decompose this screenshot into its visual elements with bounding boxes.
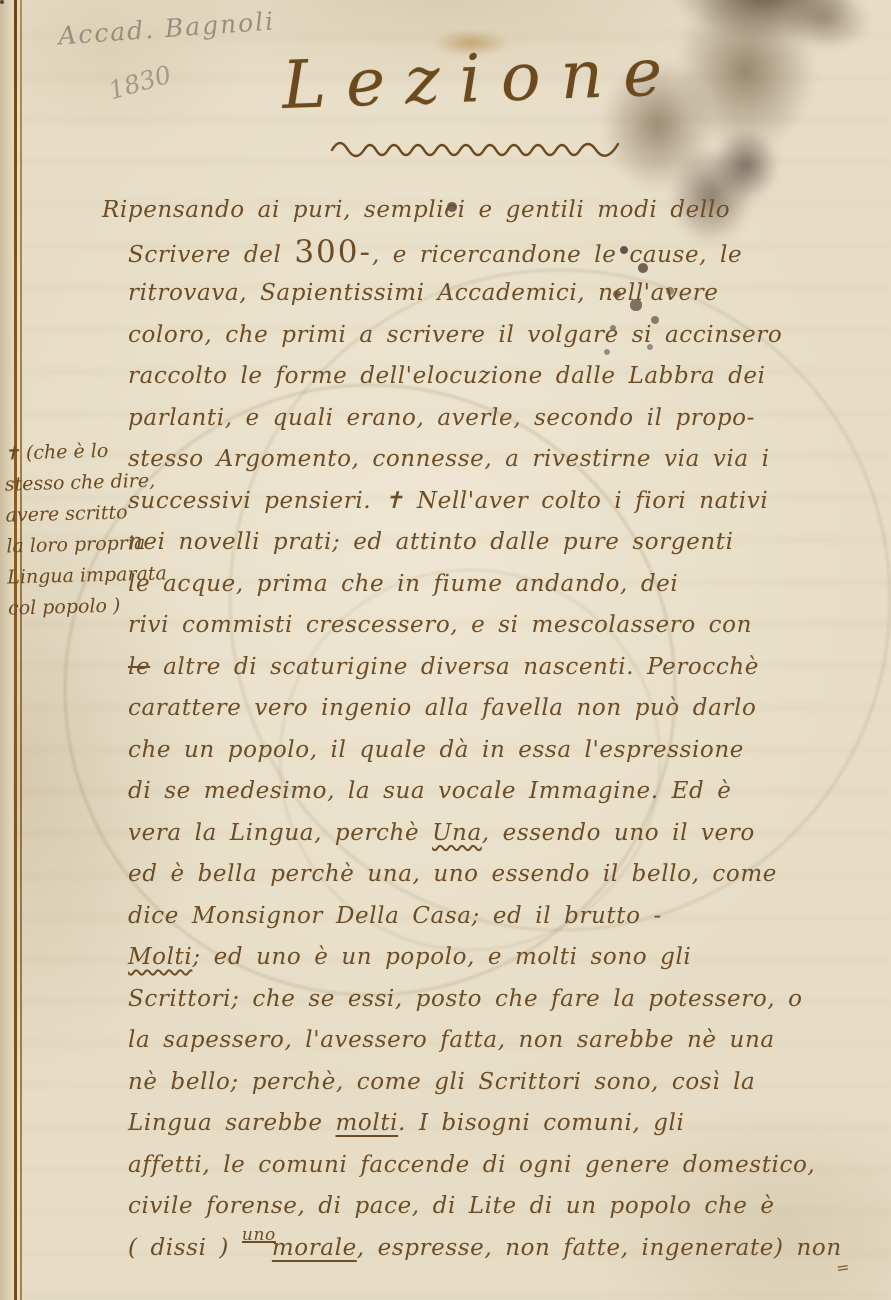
manuscript-line: parlanti, e quali erano, averle, secondo… (128, 398, 880, 440)
manuscript-line: rivi commisti crescessero, e si mescolas… (128, 605, 880, 647)
page-title: Lezione (281, 33, 684, 124)
manuscript-line: ( dissi ) unomorale, espresse, non fatte… (128, 1228, 880, 1270)
text-segment: coloro, che primi a scrivere il volgare … (128, 322, 782, 348)
pencil-year-annotation: 1830 (105, 60, 174, 105)
manuscript-line: nei novelli prati; ed attinto dalle pure… (128, 522, 880, 564)
text-segment: civile forense, di pace, di Lite di un p… (128, 1193, 775, 1219)
manuscript-line: Scrittori; che se essi, posto che fare l… (128, 979, 880, 1021)
text-segment: ; ed uno è un popolo, e molti sono gli (192, 944, 691, 970)
manuscript-line: carattere vero ingenio alla favella non … (128, 688, 880, 730)
text-segment: carattere vero ingenio alla favella non … (128, 695, 756, 721)
pencil-annotation: Accad. Bagnoli (57, 6, 276, 50)
text-segment: nè bello; perchè, come gli Scrittori son… (128, 1069, 755, 1095)
manuscript-line: nè bello; perchè, come gli Scrittori son… (128, 1062, 880, 1104)
text-segment: raccolto le forme dell'elocuzione dalle … (128, 363, 766, 389)
manuscript-line: Lingua sarebbe molti. I bisogni comuni, … (128, 1103, 880, 1145)
text-segment: , essendo uno il vero (482, 820, 755, 846)
text-segment: 300- (294, 234, 372, 270)
manuscript-line: civile forense, di pace, di Lite di un p… (128, 1186, 880, 1228)
title-flourish (330, 128, 660, 162)
page-left-edge (0, 0, 13, 1300)
manuscript-line: Ripensando ai puri, semplici e gentili m… (102, 190, 880, 232)
text-segment: dice Monsignor Della Casa; ed il brutto … (128, 903, 662, 929)
text-segment: vera la Lingua, perchè (128, 820, 432, 846)
text-segment: Molti (128, 944, 192, 970)
manuscript-page: Accad. Bagnoli 1830 Lezione ✝ (che è los… (0, 0, 891, 1300)
text-segment: stesso Argomento, connesse, a rivestirne… (128, 446, 770, 472)
text-segment: molti (336, 1110, 399, 1136)
text-segment: Scrivere del (128, 242, 294, 268)
text-segment: morale (272, 1235, 357, 1261)
text-segment: la sapessero, l'avessero fatta, non sare… (128, 1027, 775, 1053)
manuscript-line: dice Monsignor Della Casa; ed il brutto … (128, 896, 880, 938)
manuscript-line: di se medesimo, la sua vocale Immagine. … (128, 771, 880, 813)
ink-splatter (0, 0, 4, 4)
text-segment: nei novelli prati; ed attinto dalle pure… (128, 529, 734, 555)
text-segment: altre di scaturigine diversa nascenti. P… (150, 654, 759, 680)
manuscript-line: raccolto le forme dell'elocuzione dalle … (128, 356, 880, 398)
text-segment: ritrovava, Sapientissimi Accademici, nel… (128, 280, 719, 306)
manuscript-line: coloro, che primi a scrivere il volgare … (128, 315, 880, 357)
text-segment: rivi commisti crescessero, e si mescolas… (128, 612, 752, 638)
continuation-mark: = (835, 1257, 851, 1278)
manuscript-line: Scrivere del 300-, e ricercandone le cau… (128, 232, 880, 274)
text-segment: , espresse, non fatte, ingenerate) non (357, 1235, 842, 1261)
manuscript-line: le altre di scaturigine diversa nascenti… (128, 647, 880, 689)
manuscript-line: stesso Argomento, connesse, a rivestirne… (128, 439, 880, 481)
margin-rule-outer (14, 0, 17, 1300)
manuscript-line: ritrovava, Sapientissimi Accademici, nel… (128, 273, 880, 315)
text-segment: che un popolo, il quale dà in essa l'esp… (128, 737, 744, 763)
manuscript-line: vera la Lingua, perchè Una, essendo uno … (128, 813, 880, 855)
manuscript-body: Ripensando ai puri, semplici e gentili m… (128, 190, 880, 1269)
text-segment: ( dissi ) (128, 1235, 242, 1261)
text-segment: Ripensando ai puri, semplici e gentili m… (102, 197, 730, 223)
manuscript-line: che un popolo, il quale dà in essa l'esp… (128, 730, 880, 772)
text-segment: parlanti, e quali erano, averle, secondo… (128, 405, 755, 431)
text-segment: successivi pensieri. ✝ Nell'aver colto i… (128, 488, 768, 514)
text-segment: Scrittori; che se essi, posto che fare l… (128, 986, 803, 1012)
text-segment: ed è bella perchè una, uno essendo il be… (128, 861, 777, 887)
text-segment: Lingua sarebbe (128, 1110, 336, 1136)
margin-rule-inner (20, 0, 22, 1300)
manuscript-line: affetti, le comuni faccende di ogni gene… (128, 1145, 880, 1187)
text-segment: di se medesimo, la sua vocale Immagine. … (128, 778, 731, 804)
text-segment: uno (242, 1215, 276, 1257)
text-segment: le (128, 654, 150, 680)
text-segment: . I bisogni comuni, gli (398, 1110, 684, 1136)
text-segment: , e ricercandone le cause, le (372, 242, 742, 268)
text-segment: Una (432, 820, 482, 846)
manuscript-line: Molti; ed uno è un popolo, e molti sono … (128, 937, 880, 979)
manuscript-line: ed è bella perchè una, uno essendo il be… (128, 854, 880, 896)
manuscript-line: successivi pensieri. ✝ Nell'aver colto i… (128, 481, 880, 523)
text-segment: le acque, prima che in fiume andando, de… (128, 571, 678, 597)
manuscript-line: la sapessero, l'avessero fatta, non sare… (128, 1020, 880, 1062)
text-segment: affetti, le comuni faccende di ogni gene… (128, 1152, 815, 1178)
manuscript-line: le acque, prima che in fiume andando, de… (128, 564, 880, 606)
